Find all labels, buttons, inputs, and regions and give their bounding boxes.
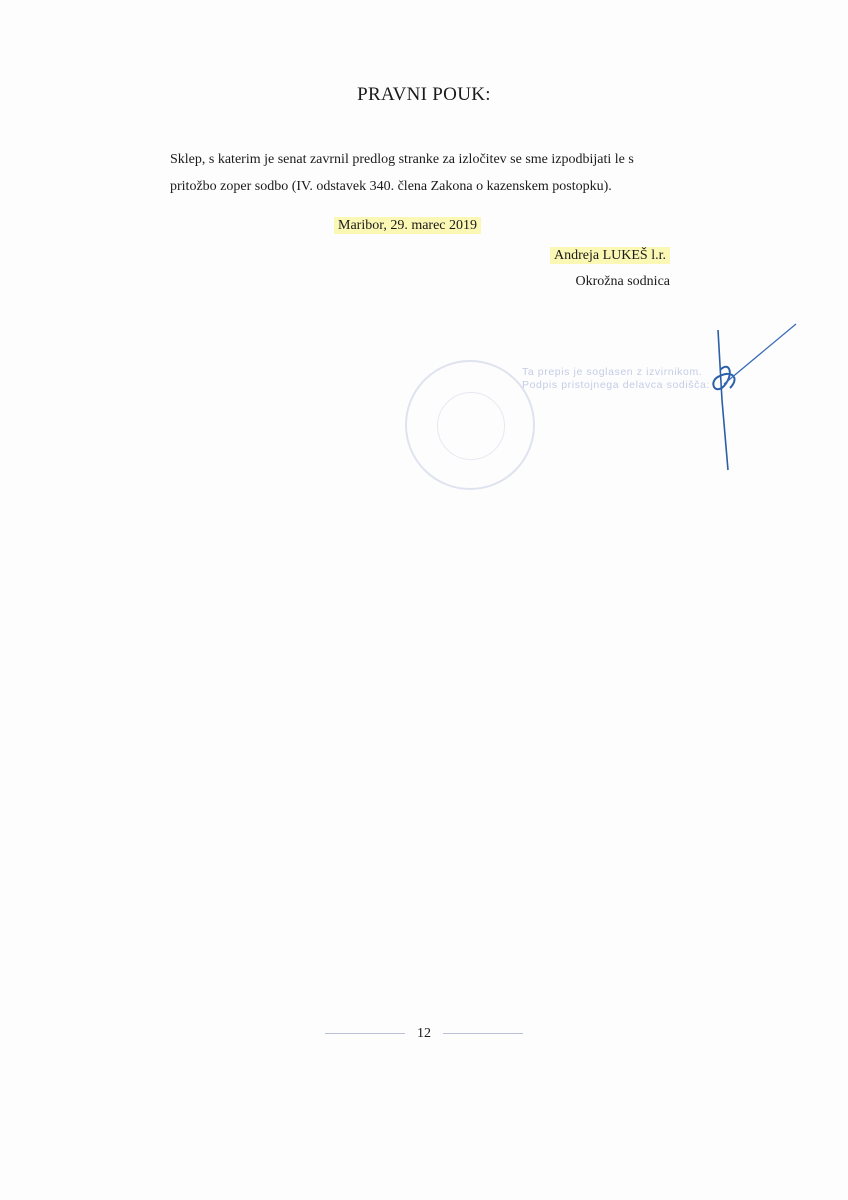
paragraph-line: pritožbo zoper sodbo (IV. odstavek 340. … bbox=[170, 173, 690, 200]
page-number: 12 bbox=[417, 1026, 431, 1041]
place-date-text: Maribor, 29. marec 2019 bbox=[334, 217, 481, 234]
paragraph-line: Sklep, s katerim je senat zavrnil predlo… bbox=[170, 146, 690, 173]
court-seal-stamp bbox=[405, 360, 535, 490]
signatory-name-text: Andreja LUKEŠ l.r. bbox=[550, 247, 670, 264]
seal-emblem-icon bbox=[437, 392, 505, 460]
footer-rule bbox=[443, 1033, 523, 1034]
section-heading: PRAVNI POUK: bbox=[0, 84, 848, 106]
certification-stamp-text: Ta prepis je soglasen z izvirnikom. Podp… bbox=[522, 366, 710, 392]
handwritten-signature-icon bbox=[700, 320, 810, 480]
certification-line: Podpis pristojnega delavca sodišča: bbox=[522, 379, 710, 392]
signatory-name: Andreja LUKEŠ l.r. bbox=[550, 248, 670, 264]
certification-line: Ta prepis je soglasen z izvirnikom. bbox=[522, 366, 710, 379]
signatory-title: Okrožna sodnica bbox=[576, 274, 670, 290]
page-footer: 12 bbox=[0, 1026, 848, 1042]
footer-rule bbox=[325, 1033, 405, 1034]
place-date: Maribor, 29. marec 2019 bbox=[334, 218, 481, 234]
legal-notice-paragraph: Sklep, s katerim je senat zavrnil predlo… bbox=[170, 146, 690, 200]
